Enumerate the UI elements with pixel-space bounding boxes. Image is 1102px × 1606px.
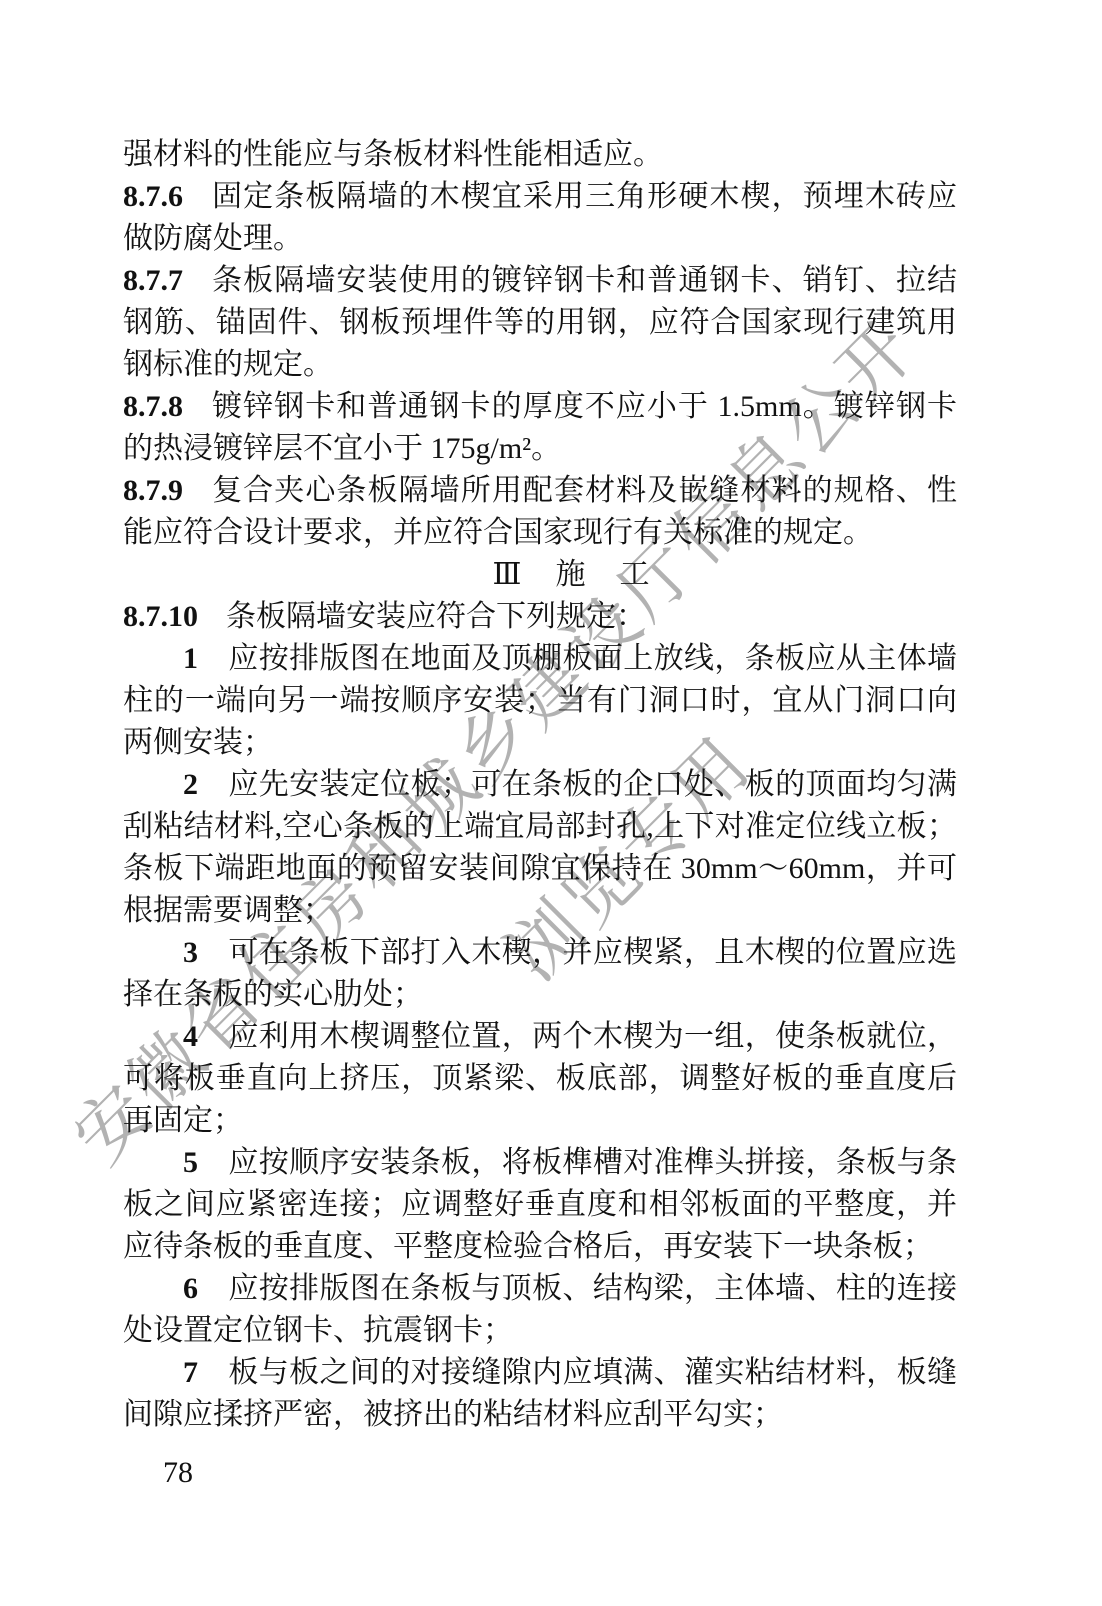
list-item: 6应按排版图在条板与顶板、结构梁，主体墙、柱的连接处设置定位钢卡、抗震钢卡； — [123, 1268, 957, 1352]
list-item: 1应按排版图在地面及顶棚板面上放线，条板应从主体墙柱的一端向另一端按顺序安装；当… — [123, 638, 957, 764]
clause-number: 6 — [183, 1272, 198, 1305]
clause-paragraph: 8.7.10条板隔墙安装应符合下列规定： — [123, 596, 957, 638]
clause-paragraph: 8.7.6固定条板隔墙的木楔宜采用三角形硬木楔，预埋木砖应做防腐处理。 — [123, 176, 957, 260]
clause-number: 4 — [183, 1020, 198, 1053]
clause-number: 8.7.10 — [123, 600, 198, 633]
section-heading: Ⅲ 施 工 — [123, 554, 957, 596]
list-item: 2应先安装定位板；可在条板的企口处、板的顶面均匀满刮粘结材料,空心条板的上端宜局… — [123, 764, 957, 932]
clause-number: 8.7.9 — [123, 474, 183, 507]
clause-number: 8.7.8 — [123, 390, 183, 423]
list-item: 3可在条板下部打入木楔，并应楔紧，且木楔的位置应选择在条板的实心肋处； — [123, 932, 957, 1016]
list-item: 5应按顺序安装条板，将板榫槽对准榫头拼接，条板与条板之间应紧密连接；应调整好垂直… — [123, 1142, 957, 1268]
clause-number: 7 — [183, 1356, 198, 1389]
paragraph: 强材料的性能应与条板材料性能相适应。 — [123, 134, 957, 176]
clause-number: 3 — [183, 936, 198, 969]
list-item: 4应利用木楔调整位置，两个木楔为一组，使条板就位，可将板垂直向上挤压，顶紧梁、板… — [123, 1016, 957, 1142]
clause-paragraph: 8.7.7条板隔墙安装使用的镀锌钢卡和普通钢卡、销钉、拉结钢筋、锚固件、钢板预埋… — [123, 260, 957, 386]
document-page: 安徽省住房和城乡建设厅信息公开 浏览专用 强材料的性能应与条板材料性能相适应。8… — [0, 0, 1102, 1606]
clause-number: 8.7.7 — [123, 264, 183, 297]
clause-number: 1 — [183, 642, 198, 675]
clause-number: 5 — [183, 1146, 198, 1179]
clause-paragraph: 8.7.8镀锌钢卡和普通钢卡的厚度不应小于 1.5mm。镀锌钢卡的热浸镀锌层不宜… — [123, 386, 957, 470]
list-item: 7板与板之间的对接缝隙内应填满、灌实粘结材料，板缝间隙应揉挤严密，被挤出的粘结材… — [123, 1352, 957, 1436]
page-number: 78 — [163, 1452, 193, 1494]
text-block: 强材料的性能应与条板材料性能相适应。8.7.6固定条板隔墙的木楔宜采用三角形硬木… — [123, 134, 957, 1436]
clause-paragraph: 8.7.9复合夹心条板隔墙所用配套材料及嵌缝材料的规格、性能应符合设计要求，并应… — [123, 470, 957, 554]
clause-number: 2 — [183, 768, 198, 801]
clause-number: 8.7.6 — [123, 180, 183, 213]
